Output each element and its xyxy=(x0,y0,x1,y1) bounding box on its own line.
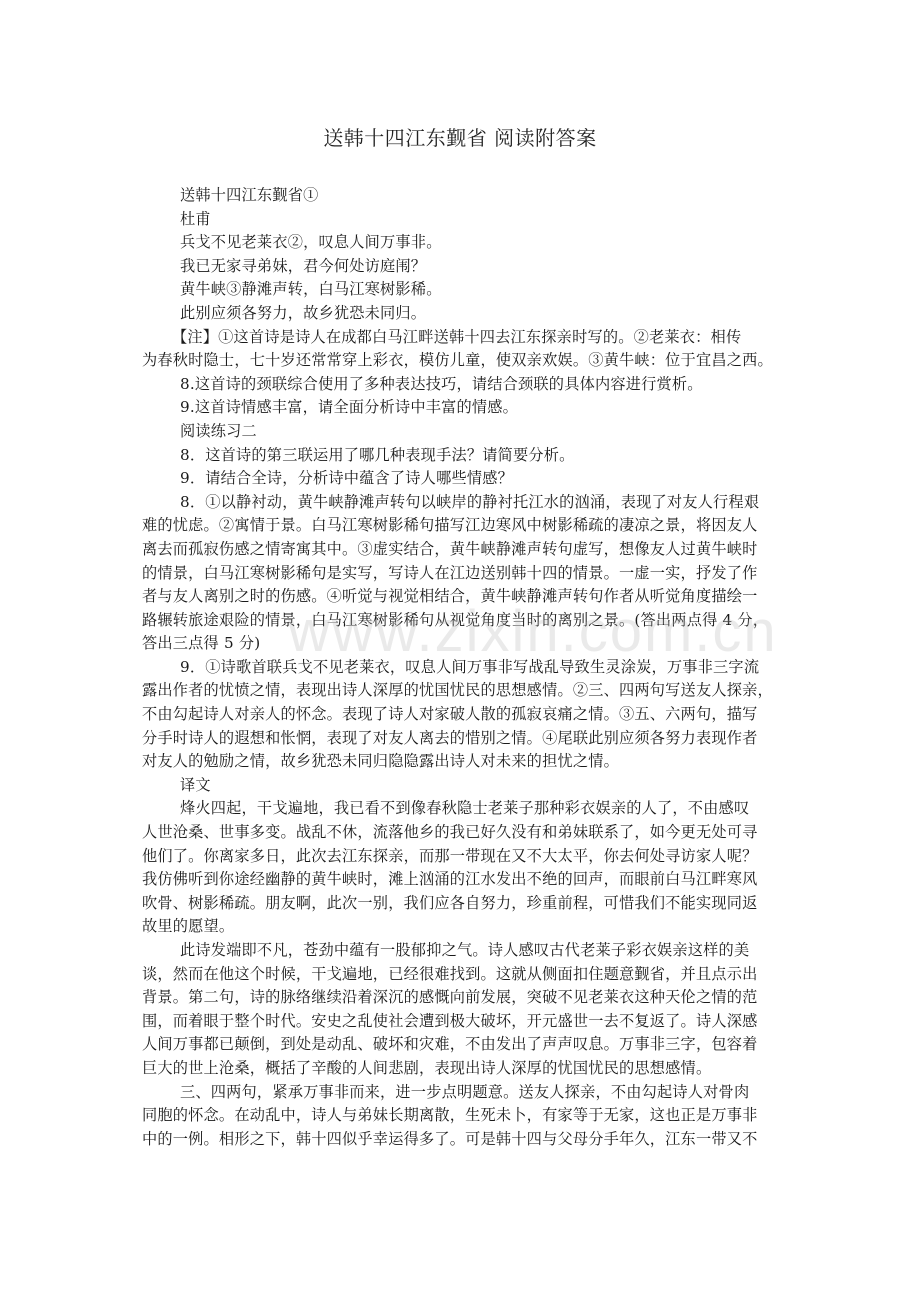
text-line: 谈，然而在他这个时候，干戈遍地，已经很难找到。这就从侧面扣住题意觐省，并且点示出 xyxy=(142,963,802,987)
text-line: 巨大的世上沧桑，概括了辛酸的人间悲剧，表现出诗人深厚的忧国忧民的思想感情。 xyxy=(142,1057,802,1081)
text-line: 送韩十四江东觐省① xyxy=(142,184,802,208)
text-line: 此别应须各努力，故乡犹恐未同归。 xyxy=(142,302,802,326)
text-line: 围，而着眼于整个时代。安史之乱使社会遭到极大破坏，开元盛世一去不复返了。诗人深感 xyxy=(142,1010,802,1034)
text-line: 吹骨、树影稀疏。朋友啊，此次一别，我们应各自努力，珍重前程，可惜我们不能实现同返 xyxy=(142,892,802,916)
text-line: 离去而孤寂伤感之情寄寓其中。③虚实结合，黄牛峡静滩声转句虚写，想像友人过黄牛峡时 xyxy=(142,538,802,562)
text-line: 杜甫 xyxy=(142,208,802,232)
text-line: 中的一例。相形之下，韩十四似乎幸运得多了。可是韩十四与父母分手年久，江东一带又不 xyxy=(142,1128,802,1152)
text-line: 他们了。你离家多日，此次去江东探亲，而那一带现在又不大太平，你去何处寻访家人呢？ xyxy=(142,845,802,869)
text-line: 烽火四起，干戈遍地，我已看不到像春秋隐士老莱子那种彩衣娱亲的人了，不由感叹 xyxy=(142,797,802,821)
page-title: 送韩十四江东觐省 阅读附答案 xyxy=(0,122,920,151)
text-line: 露出作者的忧愤之情，表现出诗人深厚的忧国忧民的思想感情。②三、四两句写送友人探亲… xyxy=(142,679,802,703)
text-line: 8．①以静衬动，黄牛峡静滩声转句以峡岸的静衬托江水的汹涌，表现了对友人行程艰 xyxy=(142,491,802,515)
text-line: 为春秋时隐士，七十岁还常常穿上彩衣，模仿儿童，使双亲欢娱。③黄牛峡：位于宜昌之西… xyxy=(142,349,802,373)
text-line: 黄牛峡③静滩声转，白马江寒树影稀。 xyxy=(142,278,802,302)
text-line: 兵戈不见老莱衣②，叹息人间万事非。 xyxy=(142,231,802,255)
text-line: 人间万事都已颠倒，到处是动乱、破坏和灾难，不由发出了声声叹息。万事非三字，包容着 xyxy=(142,1033,802,1057)
text-line: 的情景，白马江寒树影稀句是实写，写诗人在江边送别韩十四的情景。一虚一实，抒发了作 xyxy=(142,562,802,586)
document-page: 送韩十四江东觐省 阅读附答案 送韩十四江东觐省①杜甫兵戈不见老莱衣②，叹息人间万… xyxy=(0,0,920,1302)
text-line: 9.这首诗情感丰富，请全面分析诗中丰富的情感。 xyxy=(142,396,802,420)
text-line: 难的忧虑。②寓情于景。白马江寒树影稀句描写江边寒风中树影稀疏的凄凉之景，将因友人 xyxy=(142,514,802,538)
text-line: 同胞的怀念。在动乱中，诗人与弟妹长期离散，生死未卜，有家等于无家，这也正是万事非 xyxy=(142,1104,802,1128)
text-line: 此诗发端即不凡，苍劲中蕴有一股郁抑之气。诗人感叹古代老莱子彩衣娱亲这样的美 xyxy=(142,939,802,963)
text-line: 背景。第二句，诗的脉络继续沿着深沉的感慨向前发展，突破不见老莱衣这种天伦之情的范 xyxy=(142,986,802,1010)
document-body: 送韩十四江东觐省①杜甫兵戈不见老莱衣②，叹息人间万事非。我已无家寻弟妹，君今何处… xyxy=(142,184,802,1151)
text-line: 三、四两句，紧承万事非而来，进一步点明题意。送友人探亲，不由勾起诗人对骨肉 xyxy=(142,1081,802,1105)
text-line: 路辗转旅途艰险的情景，白马江寒树影稀句从视觉角度当时的离别之景。(答出两点得 4… xyxy=(142,609,802,633)
text-line: 我仿佛听到你途经幽静的黄牛峡时，滩上汹涌的江水发出不绝的回声，而眼前白马江畔寒风 xyxy=(142,868,802,892)
text-line: 故里的愿望。 xyxy=(142,915,802,939)
text-line: 不由勾起诗人对亲人的怀念。表现了诗人对家破人散的孤寂哀痛之情。③五、六两句，描写 xyxy=(142,703,802,727)
text-line: 者与友人离别之时的伤感。④听觉与视觉相结合，黄牛峡静滩声转句作者从听觉角度描绘一 xyxy=(142,585,802,609)
text-line: 对友人的勉励之情，故乡犹恐未同归隐隐露出诗人对未来的担忧之情。 xyxy=(142,750,802,774)
text-line: 9．请结合全诗，分析诗中蕴含了诗人哪些情感？ xyxy=(142,467,802,491)
text-line: 答出三点得 5 分) xyxy=(142,632,802,656)
text-line: 我已无家寻弟妹，君今何处访庭闱？ xyxy=(142,255,802,279)
text-line: 8.这首诗的颈联综合使用了多种表达技巧，请结合颈联的具体内容进行赏析。 xyxy=(142,373,802,397)
text-line: 译文 xyxy=(142,774,802,798)
text-line: 8．这首诗的第三联运用了哪几种表现手法？请简要分析。 xyxy=(142,444,802,468)
text-line: 阅读练习二 xyxy=(142,420,802,444)
text-line: 分手时诗人的遐想和怅惘，表现了对友人离去的惜别之情。④尾联此别应须各努力表现作者 xyxy=(142,727,802,751)
text-line: 人世沧桑、世事多变。战乱不休，流落他乡的我已好久没有和弟妹联系了，如今更无处可寻 xyxy=(142,821,802,845)
text-line: 9．①诗歌首联兵戈不见老莱衣，叹息人间万事非写战乱导致生灵涂炭，万事非三字流 xyxy=(142,656,802,680)
text-line: 【注】①这首诗是诗人在成都白马江畔送韩十四去江东探亲时写的。②老莱衣：相传 xyxy=(142,326,802,350)
